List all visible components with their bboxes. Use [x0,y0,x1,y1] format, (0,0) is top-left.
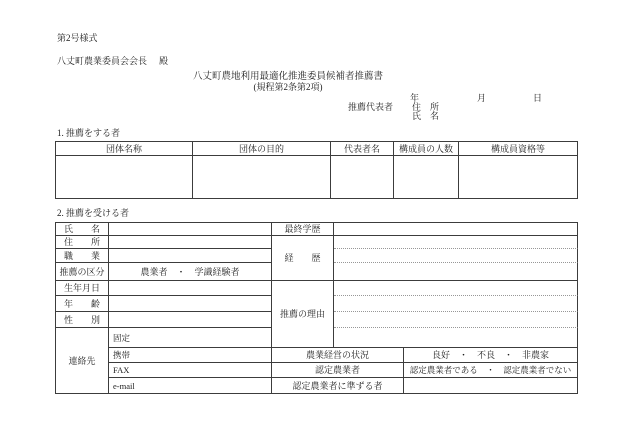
sex-cell [109,312,272,328]
address-label: 住 所 [56,236,109,249]
certified-farmer-label: 認定農業者 [272,363,404,378]
age-cell [109,296,272,312]
recommender-header-row: 団体名称 団体の目的 代表者名 構成員の人数 構成員資格等 [56,142,578,156]
reason-line-4 [334,328,578,348]
title-block: 八丈町農地利用最適化推進委員候補者推薦書 (規程第2条第2項) [55,72,521,92]
career-line-3 [334,263,578,281]
name-cell [109,223,272,236]
col-header-member-quals: 構成員資格等 [459,142,578,156]
contact-mobile-label: 携帯 [109,348,272,363]
section1-heading: 1. 推薦をする者 [57,128,120,138]
reason-line-2 [334,296,578,312]
certified-farmer-options: 認定農業者である ・ 認定農業者でない [404,363,578,378]
name-label: 氏 名 [56,223,109,236]
education-cell [334,223,578,236]
sex-label: 性 別 [56,312,109,328]
contact-fixed-label: 固定 [109,328,272,348]
category-label: 推薦の区分 [56,263,109,281]
contact-fax-label: FAX [109,363,272,378]
age-label: 年 齢 [56,296,109,312]
birthdate-label: 生年月日 [56,281,109,296]
reason-line-3 [334,312,578,328]
date-day-label: 日 [533,93,542,103]
category-options: 農業者 ・ 学識経験者 [109,263,272,281]
representative-name-label: 氏 名 [412,111,439,121]
reason-line-1 [334,281,578,296]
farm-status-label: 農業経営の状況 [272,348,404,363]
recommender-table: 団体名称 団体の目的 代表者名 構成員の人数 構成員資格等 [55,141,578,199]
farm-status-options: 良好 ・ 不良 ・ 非農家 [404,348,578,363]
col-header-member-count: 構成員の人数 [394,142,459,156]
form-number: 第2号様式 [57,33,98,43]
career-line-2 [334,249,578,263]
addressee-line: 八丈町農業委員会会長殿 [57,56,168,66]
address-cell [109,236,272,249]
addressee-honorific: 殿 [159,56,168,66]
occupation-label: 職 業 [56,249,109,263]
form-document-page: 第2号様式 八丈町農業委員会会長殿 八丈町農地利用最適化推進委員候補者推薦書 (… [0,0,630,439]
certified-equivalent-cell [404,378,578,394]
birthdate-cell [109,281,272,296]
org-purpose-cell [193,156,331,199]
col-header-org-purpose: 団体の目的 [193,142,331,156]
career-label: 経 歴 [272,236,334,281]
occupation-cell [109,249,272,263]
career-line-1 [334,236,578,249]
certified-equivalent-label: 認定農業者に準ずる者 [272,378,404,394]
col-header-org-name: 団体名称 [56,142,193,156]
document-subtitle: (規程第2条第2項) [55,83,521,92]
org-name-cell [56,156,193,199]
recommender-blank-row [56,156,578,199]
education-label: 最終学歴 [272,223,334,236]
date-month-label: 月 [477,93,486,103]
contact-email-label: e-mail [109,378,272,394]
representative-label: 推薦代表者 [348,102,393,112]
contact-label: 連絡先 [56,328,109,394]
rep-name-cell [331,156,394,199]
reason-label: 推薦の理由 [272,281,334,348]
col-header-rep-name: 代表者名 [331,142,394,156]
addressee: 八丈町農業委員会会長 [57,56,147,66]
candidate-table: 氏 名 最終学歴 住 所 経 歴 職 業 推薦の区分 農業者 ・ 学識経験者 生… [55,222,578,394]
member-count-cell [394,156,459,199]
member-quals-cell [459,156,578,199]
section2-heading: 2. 推薦を受ける者 [57,208,129,218]
